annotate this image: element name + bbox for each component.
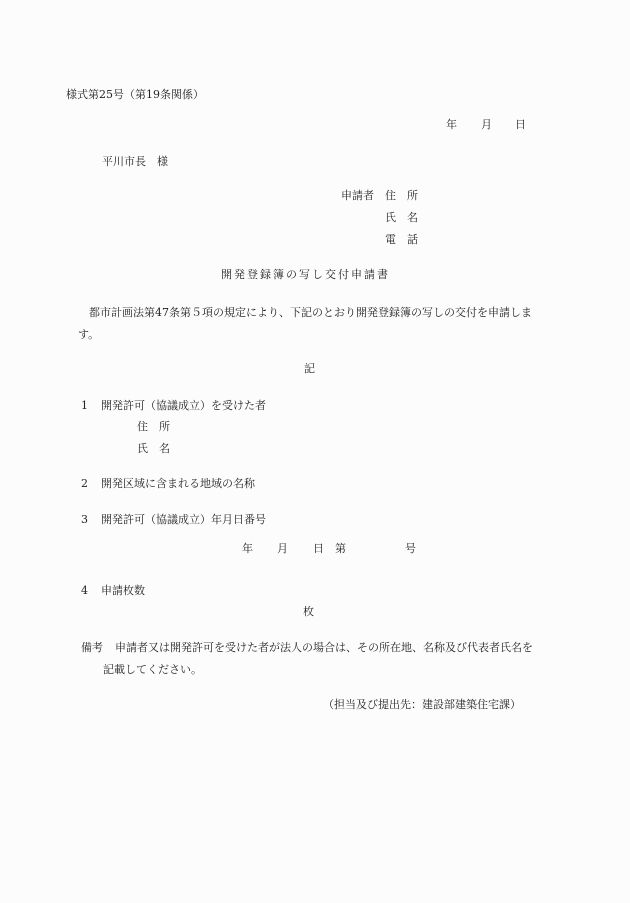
applicant-name-label: 氏 名 [385,211,418,225]
applicant-label: 申請者 [341,189,374,203]
addressee: 平川市長 様 [102,155,168,169]
item-3-label: 開発許可（協議成立）年月日番号 [101,513,266,527]
item-2-number: 2 [81,477,88,491]
item-4-label: 申請枚数 [101,584,145,598]
item-3-go: 号 [405,542,416,556]
body-text-line2: す。 [78,328,99,342]
item-4-unit: 枚 [303,605,314,619]
applicant-address-label: 住 所 [385,189,418,203]
item-3-day: 日 [313,542,324,556]
body-text-line1: 都市計画法第47条第５項の規定により、下記のとおり開発登録簿の写しの交付を申請し… [89,306,532,320]
item-3-dai: 第 [335,542,346,556]
item-1-number: 1 [81,399,88,413]
remarks-line1: 申請者又は開発許可を受けた者が法人の場合は、その所在地、名称及び代表者氏名を [115,641,533,655]
date-day: 日 [515,118,526,132]
ki-heading: 記 [304,362,315,376]
item-1-address-label: 住 所 [137,420,170,434]
remarks-label: 備考 [81,641,103,655]
form-number: 様式第25号（第19条関係） [66,88,204,102]
item-1-label: 開発許可（協議成立）を受けた者 [101,399,266,413]
item-2-label: 開発区域に含まれる地域の名称 [101,477,255,491]
date-month: 月 [481,118,492,132]
item-1-name-label: 氏 名 [137,442,170,456]
item-3-year: 年 [242,542,253,556]
item-3-number: 3 [81,513,88,527]
item-4-number: 4 [81,584,88,598]
document-title: 開発登録簿の写し交付申請書 [221,268,390,282]
date-year: 年 [446,118,457,132]
item-3-month: 月 [277,542,288,556]
contact-note: （担当及び提出先：建設部建築住宅課） [323,698,521,712]
remarks-line2: 記載してください。 [103,663,202,677]
applicant-phone-label: 電 話 [385,233,418,247]
